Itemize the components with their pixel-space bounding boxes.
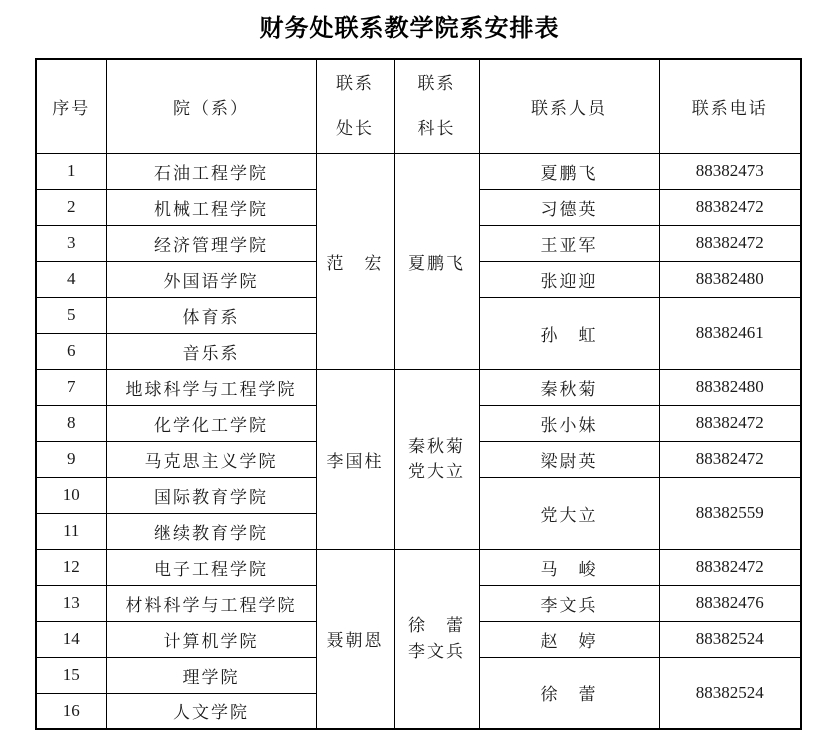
phone-cell: 88382480	[659, 261, 801, 297]
table-header-row: 序号 院（系） 联系 处长 联系 科长 联系人员 联系电话	[36, 59, 801, 153]
phone-cell: 88382559	[659, 477, 801, 549]
contact-cell: 习德英	[479, 189, 659, 225]
college-cell: 国际教育学院	[106, 477, 316, 513]
row-no: 12	[36, 549, 106, 585]
header-no: 序号	[36, 59, 106, 153]
contact-cell: 夏鹏飞	[479, 153, 659, 189]
contact-cell: 王亚军	[479, 225, 659, 261]
row-no: 8	[36, 405, 106, 441]
college-cell: 人文学院	[106, 693, 316, 729]
header-college: 院（系）	[106, 59, 316, 153]
contact-cell: 徐 蕾	[479, 657, 659, 729]
phone-cell: 88382472	[659, 549, 801, 585]
college-cell: 外国语学院	[106, 261, 316, 297]
contact-cell: 马 峻	[479, 549, 659, 585]
row-no: 1	[36, 153, 106, 189]
table-row: 7 地球科学与工程学院 李国柱 秦秋菊 党大立 秦秋菊 88382480	[36, 369, 801, 405]
college-cell: 计算机学院	[106, 621, 316, 657]
header-chief: 联系 科长	[394, 59, 479, 153]
contact-cell: 赵 婷	[479, 621, 659, 657]
contact-cell: 李文兵	[479, 585, 659, 621]
contact-cell: 党大立	[479, 477, 659, 549]
college-cell: 电子工程学院	[106, 549, 316, 585]
college-cell: 继续教育学院	[106, 513, 316, 549]
document-page: 财务处联系教学院系安排表 序号 院（系） 联系 处长 联系 科长 联系人员 联系…	[0, 0, 819, 738]
chief-cell: 夏鹏飞	[394, 153, 479, 369]
college-cell: 地球科学与工程学院	[106, 369, 316, 405]
director-cell: 李国柱	[316, 369, 394, 549]
college-cell: 音乐系	[106, 333, 316, 369]
row-no: 11	[36, 513, 106, 549]
header-phone: 联系电话	[659, 59, 801, 153]
contact-schedule-table: 序号 院（系） 联系 处长 联系 科长 联系人员 联系电话 1 石油工程学院 范…	[35, 58, 802, 730]
phone-cell: 88382476	[659, 585, 801, 621]
row-no: 10	[36, 477, 106, 513]
table-row: 12 电子工程学院 聂朝恩 徐 蕾 李文兵 马 峻 88382472	[36, 549, 801, 585]
college-cell: 经济管理学院	[106, 225, 316, 261]
college-cell: 体育系	[106, 297, 316, 333]
row-no: 14	[36, 621, 106, 657]
phone-cell: 88382472	[659, 441, 801, 477]
director-cell: 范 宏	[316, 153, 394, 369]
phone-cell: 88382472	[659, 225, 801, 261]
college-cell: 石油工程学院	[106, 153, 316, 189]
row-no: 9	[36, 441, 106, 477]
row-no: 16	[36, 693, 106, 729]
row-no: 2	[36, 189, 106, 225]
contact-cell: 孙 虹	[479, 297, 659, 369]
phone-cell: 88382472	[659, 405, 801, 441]
header-director: 联系 处长	[316, 59, 394, 153]
table-row: 1 石油工程学院 范 宏 夏鹏飞 夏鹏飞 88382473	[36, 153, 801, 189]
director-cell: 聂朝恩	[316, 549, 394, 729]
header-contact: 联系人员	[479, 59, 659, 153]
college-cell: 化学化工学院	[106, 405, 316, 441]
page-title: 财务处联系教学院系安排表	[0, 13, 819, 45]
row-no: 13	[36, 585, 106, 621]
college-cell: 马克思主义学院	[106, 441, 316, 477]
contact-cell: 梁尉英	[479, 441, 659, 477]
phone-cell: 88382524	[659, 621, 801, 657]
contact-cell: 张迎迎	[479, 261, 659, 297]
phone-cell: 88382461	[659, 297, 801, 369]
row-no: 15	[36, 657, 106, 693]
college-cell: 理学院	[106, 657, 316, 693]
phone-cell: 88382473	[659, 153, 801, 189]
row-no: 7	[36, 369, 106, 405]
phone-cell: 88382524	[659, 657, 801, 729]
contact-cell: 张小妹	[479, 405, 659, 441]
row-no: 4	[36, 261, 106, 297]
college-cell: 材料科学与工程学院	[106, 585, 316, 621]
row-no: 6	[36, 333, 106, 369]
chief-cell: 秦秋菊 党大立	[394, 369, 479, 549]
chief-cell: 徐 蕾 李文兵	[394, 549, 479, 729]
college-cell: 机械工程学院	[106, 189, 316, 225]
phone-cell: 88382472	[659, 189, 801, 225]
phone-cell: 88382480	[659, 369, 801, 405]
contact-cell: 秦秋菊	[479, 369, 659, 405]
row-no: 5	[36, 297, 106, 333]
row-no: 3	[36, 225, 106, 261]
